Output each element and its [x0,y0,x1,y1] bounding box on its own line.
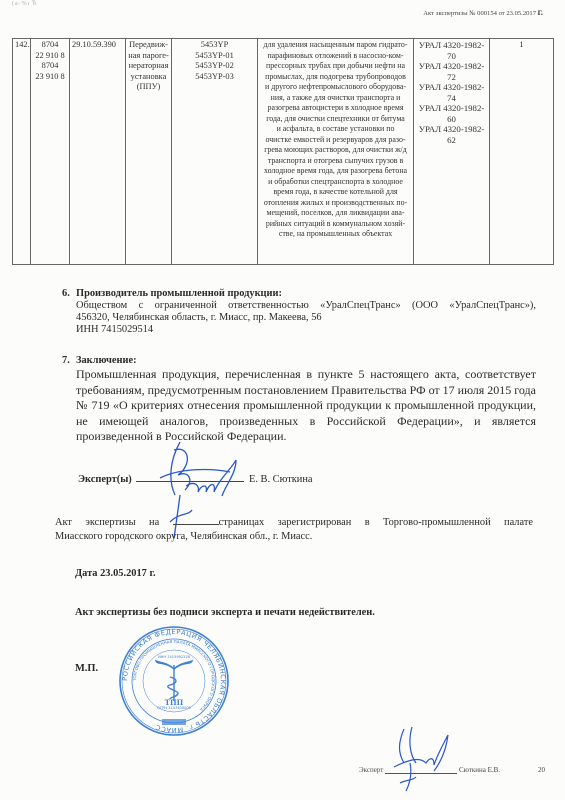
cell-line: стве, на промышленных объектах [260,229,411,240]
cell-line: УРАЛ 4320-1982- [416,103,487,114]
cell-line: разогрева автоцистери в холодное время [260,103,411,114]
chamber-of-commerce-stamp: РОССИЙСКАЯ ФЕДЕРАЦИЯ ЧЕЛЯБИНСКАЯ ОБЛАСТЬ… [118,625,230,737]
section-manufacturer: 6. Производитель промышленной продукции:… [62,288,536,336]
header-ref-suffix: г. [538,7,543,17]
footer-expert-name: Сюткина Е.В. [459,766,500,774]
section-number: 7. [62,355,70,367]
product-models: 5453YP5453YP-015453YP-025453YP-03 [172,39,258,265]
expert-label: Эксперт(ы) [78,474,132,485]
header-ref-text: Акт экспертизы № 000154 от 23.05.2017 [423,10,536,17]
section-number: 6. [62,288,70,300]
cell-line: УРАЛ 4320-1982- [416,61,487,72]
cell-line: холодное время года, для разогрева бетон… [260,166,411,177]
section-heading: Производитель промышленной продукции: [62,288,536,300]
cell-line: ная пароге- [128,51,169,62]
registration-suffix: страницах зарегистрирован в Торгово-пром… [219,517,533,528]
registration-note: Акт экспертизы на страницах зарегистриро… [55,515,533,544]
cell-line: Передвиж- [128,40,169,51]
cell-line: 23 910 8 [33,72,67,83]
cell-line: УРАЛ 4320-1982- [416,40,487,51]
footer-expert-label: Эксперт [359,766,383,774]
cell-line: транспорта и отогрева сыпучих грузов в [260,156,411,167]
cell-line: 5453YP-02 [174,61,255,72]
act-date: Дата 23.05.2017 г. [75,568,156,579]
cell-line: УРАЛ 4320-1982- [416,124,487,135]
cell-line: 8704 [33,61,67,72]
cell-line: года, для очистки спецтехники от битума [260,114,411,125]
cell-line: и обработки спецтранспорта в холодное [260,177,411,188]
cell-line: промыслах, для подогрева трубопроводов [260,72,411,83]
table-row: 142. 870422 910 8870423 910 8 29.10.59.3… [13,39,554,265]
cell-line: 5453YP-01 [174,51,255,62]
registration-line2: Миасского городского округа, Челябинская… [55,530,533,544]
expert-name: Е. В. Сюткина [249,474,313,485]
corner-handwritten-note: (а·%ı ͡ɓ [12,1,37,7]
page-number: 20 [538,766,545,774]
manufacturer-inn: ИНН 7415029514 [62,324,536,336]
cell-line: отопления жилых и производственных по- [260,198,411,209]
cell-line: нераторная [128,61,169,72]
cell-line: мещений, поселков, для ликвидации ава- [260,208,411,219]
cell-line: ния, а также для очистки транспорта и [260,93,411,104]
product-table: 142. 870422 910 8870423 910 8 29.10.59.3… [12,38,554,265]
quantity: 1 [490,39,554,265]
row-number: 142. [13,39,31,265]
cell-line: 74 [416,93,487,104]
cell-line: 22 910 8 [33,51,67,62]
cell-line: УРАЛ 4320-1982- [416,82,487,93]
section-heading: Заключение: [62,355,536,367]
cell-line: 5453YP-03 [174,72,255,83]
cell-line: (ППУ) [128,82,169,93]
registration-prefix: Акт экспертизы на [55,517,159,528]
okpd-code: 29.10.59.390 [70,39,126,265]
mercury-caduceus-icon: ТПП [156,661,192,707]
cell-line: и асфальта, в составе установки по [260,124,411,135]
cell-line: время года, в качестве котельной для [260,187,411,198]
cell-line: 70 [416,51,487,62]
cell-line: прессорных трубах при добычи нефти на [260,61,411,72]
product-purpose: для удаления насыщенным паром гидрато-па… [258,39,414,265]
cell-line: 62 [416,135,487,146]
stamp-place-label: М.П. [75,663,98,674]
cell-line: и другого нефтепромыслового оборудова- [260,82,411,93]
footer-signature-line [385,773,457,774]
cell-line: для удаления насыщенным паром гидрато- [260,40,411,51]
section-conclusion: 7. Заключение: Промышленная продукция, п… [62,355,536,445]
footer-signature [390,723,450,793]
manufacturer-name: Обществом с ограниченной ответственность… [62,300,536,312]
stamp-inn: ИНН 7415992228 [158,655,191,659]
conclusion-text: Промышленная продукция, перечисленная в … [62,367,536,445]
cell-line: 5453YP [174,40,255,51]
product-name: Передвиж-ная пароге-нераторнаяустановка(… [126,39,172,265]
manufacturer-address: 456320, Челябинская область, г. Миасс, п… [62,312,536,324]
tnved-codes: 870422 910 8870423 910 8 [31,39,70,265]
chassis-list: УРАЛ 4320-1982-70УРАЛ 4320-1982-72УРАЛ 4… [414,39,490,265]
cell-line: парафиновых отложений в насосно-ком- [260,51,411,62]
cell-line: 8704 [33,40,67,51]
document-header-reference: Акт экспертизы № 000154 от 23.05.2017 г. [423,7,543,17]
cell-line: очистке емкостей и резервуаров для разо- [260,135,411,146]
svg-text:ТПП: ТПП [165,698,184,707]
validity-note: Акт экспертизы без подписи эксперта и пе… [75,607,375,618]
cell-line: 72 [416,72,487,83]
cell-line: 60 [416,114,487,125]
pages-blank [173,515,219,525]
cell-line: рийных ситуаций в коммунальном хозяй- [260,219,411,230]
cell-line: грева моющих растворов, для очистки ж/д [260,145,411,156]
cell-line: установка [128,72,169,83]
